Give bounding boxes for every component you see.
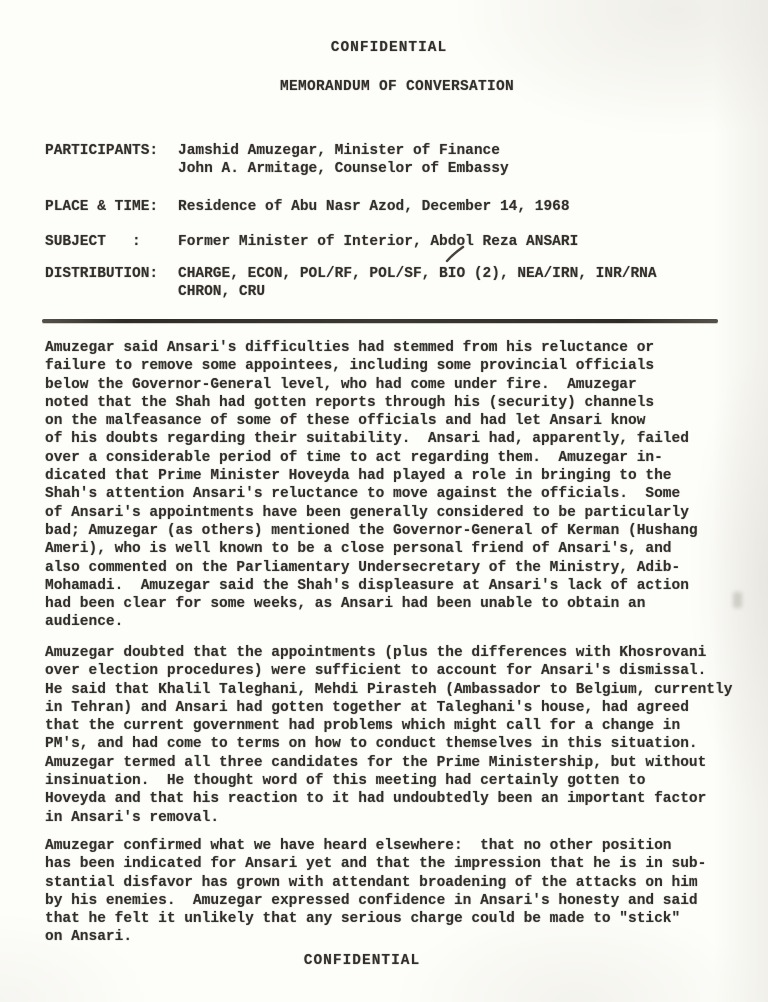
field-distribution-value: CHARGE, ECON, POL/RF, POL/SF, BIO (2), N… [178, 265, 657, 302]
memo-title: MEMORANDUM OF CONVERSATION [13, 78, 768, 96]
field-distribution-label: DISTRIBUTION: [45, 265, 178, 283]
classification-footer: CONFIDENTIAL [0, 952, 746, 970]
field-place-and-time: PLACE & TIME: Residence of Abu Nasr Azod… [45, 198, 740, 216]
field-participants-label: PARTICIPANTS: [45, 142, 178, 160]
memo-header-fields: PARTICIPANTS: Jamshid Amuzegar, Minister… [45, 142, 740, 302]
field-distribution: DISTRIBUTION: CHARGE, ECON, POL/RF, POL/… [45, 265, 740, 302]
memo-document: CONFIDENTIAL MEMORANDUM OF CONVERSATION … [0, 0, 768, 1002]
field-participants: PARTICIPANTS: Jamshid Amuzegar, Minister… [45, 142, 740, 179]
pencil-checkmark-icon [444, 245, 466, 265]
field-subject-label: SUBJECT : [45, 233, 178, 251]
checkmark-stroke [447, 247, 463, 261]
body-paragraph-difficulties: Amuzegar said Ansari's difficulties had … [45, 339, 698, 632]
separator-rule [42, 319, 718, 323]
field-place-and-time-label: PLACE & TIME: [45, 198, 178, 216]
classification-header: CONFIDENTIAL [5, 39, 768, 57]
field-participants-value: Jamshid Amuzegar, Minister of Finance Jo… [178, 142, 509, 179]
field-place-and-time-value: Residence of Abu Nasr Azod, December 14,… [178, 198, 570, 216]
body-paragraph-ansari-position: Amuzegar confirmed what we have heard el… [45, 837, 706, 947]
field-subject-value: Former Minister of Interior, Abdol Reza … [178, 233, 578, 251]
scan-smudge [733, 592, 742, 608]
body-paragraph-dismissal-doubts: Amuzegar doubted that the appointments (… [45, 644, 732, 827]
field-subject: SUBJECT : Former Minister of Interior, A… [45, 233, 740, 251]
